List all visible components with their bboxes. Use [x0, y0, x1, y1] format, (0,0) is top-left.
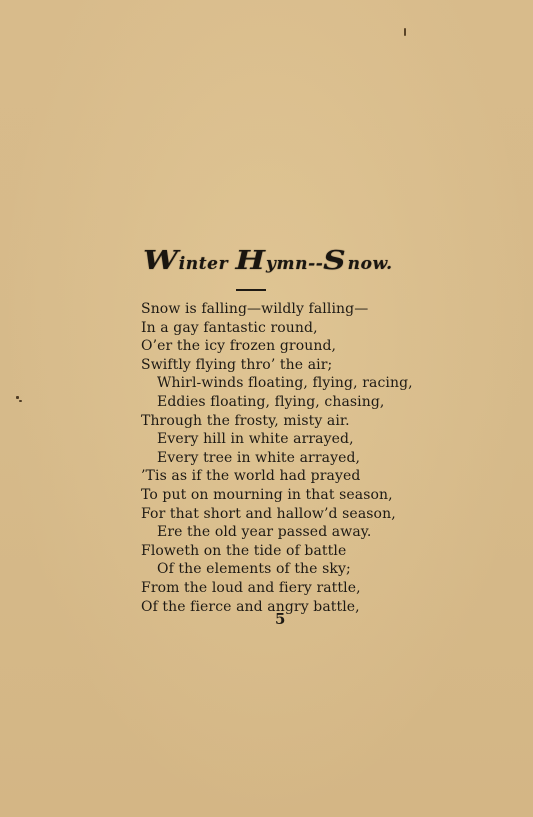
poem-line: For that short and hallow’d season,: [141, 505, 413, 524]
title-initial-h: H: [235, 246, 265, 276]
book-page: Winter Hymn--Snow. Snow is falling—wildl…: [0, 0, 533, 817]
poem-body: Snow is falling—wildly falling—In a gay …: [141, 300, 413, 616]
poem-line: Snow is falling—wildly falling—: [141, 300, 413, 319]
poem-line: Ere the old year passed away.: [141, 523, 413, 542]
poem-line: Floweth on the tide of battle: [141, 542, 413, 561]
paper-blemish: [16, 396, 19, 399]
poem-line: In a gay fantastic round,: [141, 319, 413, 338]
poem-line: Whirl-winds floating, flying, racing,: [141, 374, 413, 393]
title-word-rest: now.: [348, 254, 393, 274]
page-number: 5: [275, 610, 285, 628]
poem-line: Through the frosty, misty air.: [141, 412, 413, 431]
poem-line: From the loud and fiery rattle,: [141, 579, 413, 598]
title-divider-rule: [236, 289, 266, 291]
title-word-rest: inter: [179, 254, 228, 274]
poem-title: Winter Hymn--Snow.: [144, 246, 384, 276]
poem-line: To put on mourning in that season,: [141, 486, 413, 505]
poem-line: Eddies floating, flying, chasing,: [141, 393, 413, 412]
paper-blemish: [404, 28, 406, 36]
title-initial-s: S: [323, 246, 346, 276]
poem-line: Every tree in white arrayed,: [141, 449, 413, 468]
poem-line: Of the elements of the sky;: [141, 560, 413, 579]
poem-line: Swiftly flying thro’ the air;: [141, 356, 413, 375]
title-initial-w: W: [143, 246, 179, 276]
poem-line: Every hill in white arrayed,: [141, 430, 413, 449]
paper-blemish: [19, 400, 22, 402]
poem-line: ’Tis as if the world had prayed: [141, 467, 413, 486]
title-word-rest: ymn--: [266, 254, 323, 274]
poem-line: O’er the icy frozen ground,: [141, 337, 413, 356]
